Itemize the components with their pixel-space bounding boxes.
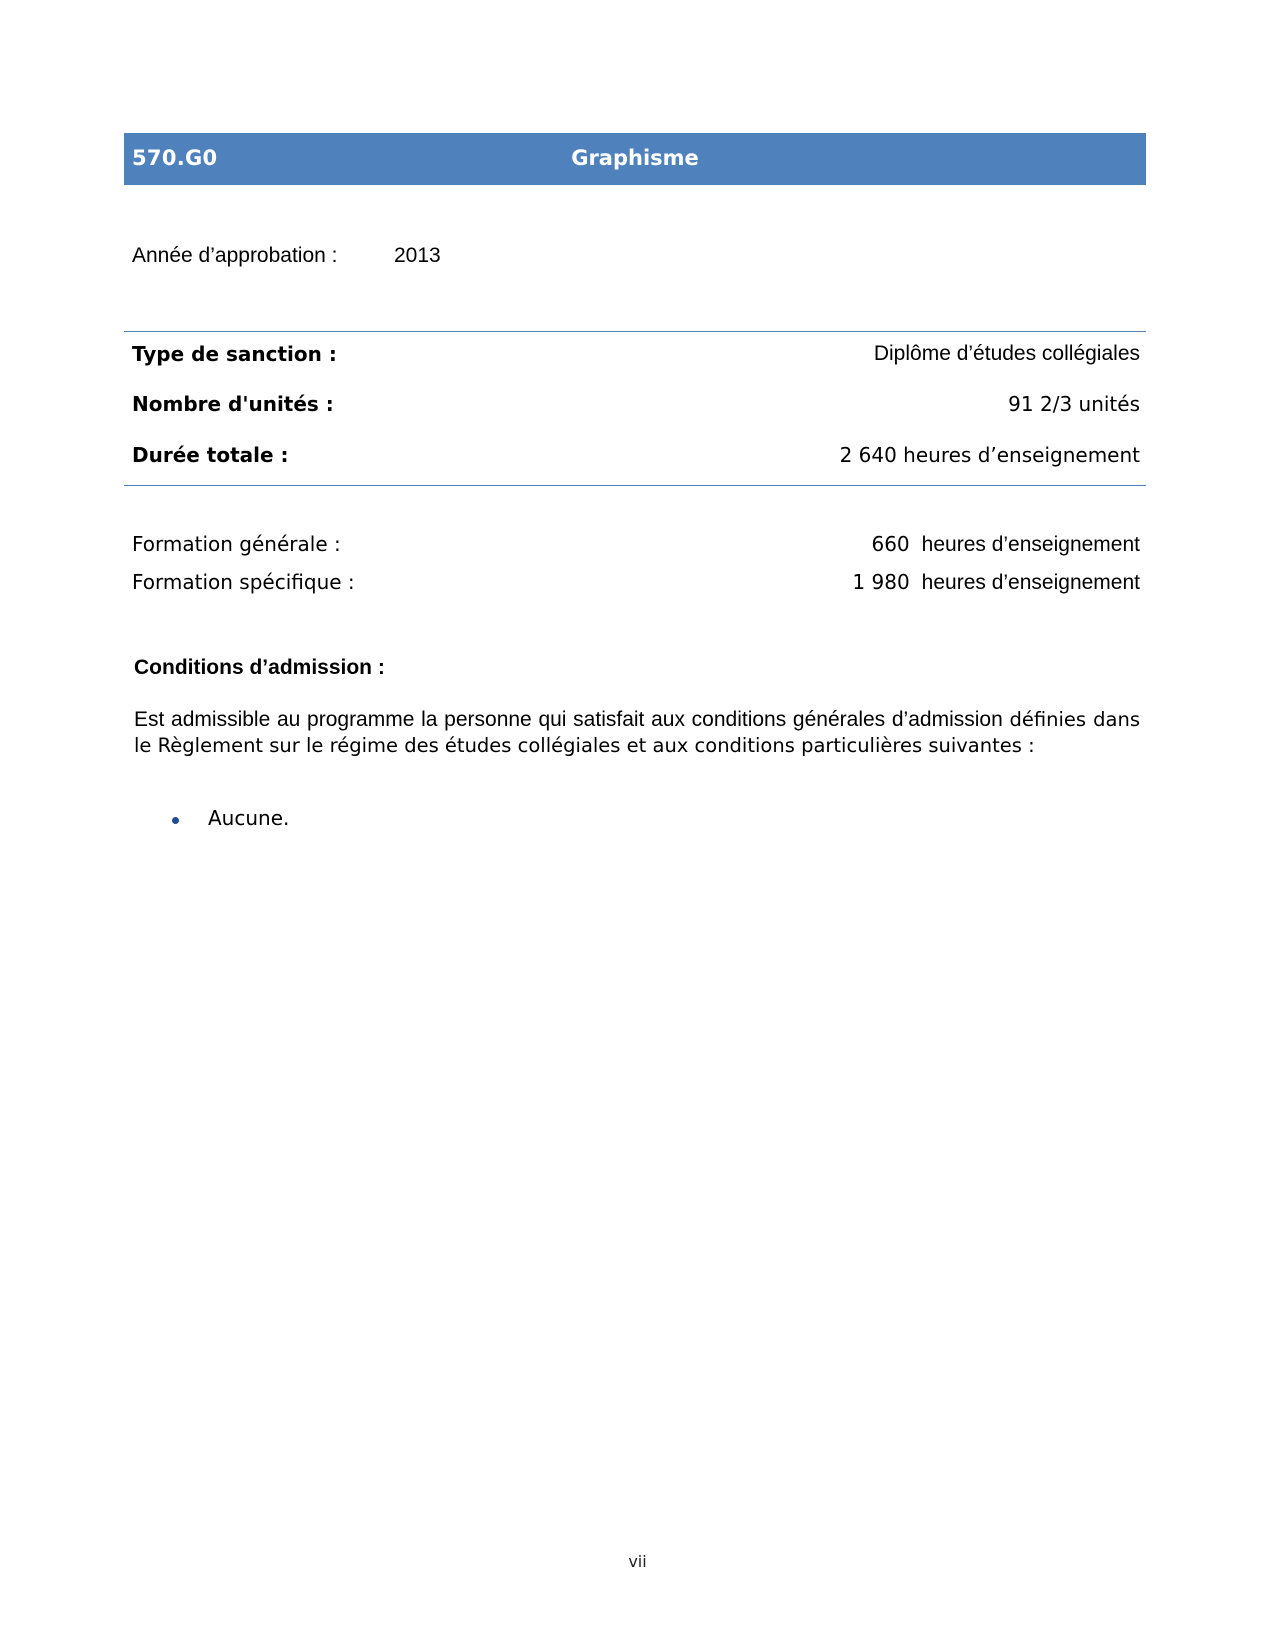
general-training-value: 660heures d’enseignement <box>871 532 1140 557</box>
units-label: Nombre d'unités : <box>132 392 334 416</box>
specific-training-unit: heures d’enseignement <box>922 571 1140 594</box>
total-duration-row: Durée totale : 2 640 heures d’enseigneme… <box>132 443 1140 473</box>
specific-training-row: Formation spécifique : 1 980heures d’ens… <box>132 570 1140 600</box>
approval-year-value: 2013 <box>394 244 441 267</box>
total-duration-label: Durée totale : <box>132 443 289 467</box>
sanction-type-row: Type de sanction : Diplôme d’études coll… <box>132 342 1140 372</box>
specific-training-hours: 1 980 <box>852 570 909 594</box>
units-value: 91 2/3 unités <box>1008 392 1140 416</box>
program-title: Graphisme <box>124 146 1146 170</box>
list-item-text: Aucune. <box>208 806 289 830</box>
admission-conditions-heading: Conditions d’admission : <box>134 656 385 680</box>
divider-bottom <box>124 485 1146 486</box>
total-duration-value: 2 640 heures d’enseignement <box>840 443 1140 467</box>
general-training-unit: heures d’enseignement <box>922 533 1140 556</box>
units-row: Nombre d'unités : 91 2/3 unités <box>132 392 1140 422</box>
admission-paragraph-part1: Est admissible au programme la personne … <box>134 708 1003 731</box>
sanction-type-value: Diplôme d’études collégiales <box>874 342 1140 366</box>
specific-training-value: 1 980heures d’enseignement <box>852 570 1140 595</box>
specific-training-label: Formation spécifique : <box>132 570 355 594</box>
admission-conditions-paragraph: Est admissible au programme la personne … <box>134 707 1140 759</box>
approval-year-label: Année d’approbation : <box>132 244 394 268</box>
program-header-bar: 570.G0 Graphisme <box>124 133 1146 185</box>
bullet-icon <box>172 817 179 824</box>
list-item: Aucune. <box>170 806 289 830</box>
sanction-type-label: Type de sanction : <box>132 342 337 366</box>
admission-conditions-list: Aucune. <box>170 806 289 830</box>
page-number: vii <box>0 1552 1275 1571</box>
general-training-hours: 660 <box>871 532 909 556</box>
approval-year-row: Année d’approbation :2013 <box>132 244 441 268</box>
divider-top <box>124 331 1146 332</box>
general-training-row: Formation générale : 660heures d’enseign… <box>132 532 1140 562</box>
general-training-label: Formation générale : <box>132 532 341 556</box>
